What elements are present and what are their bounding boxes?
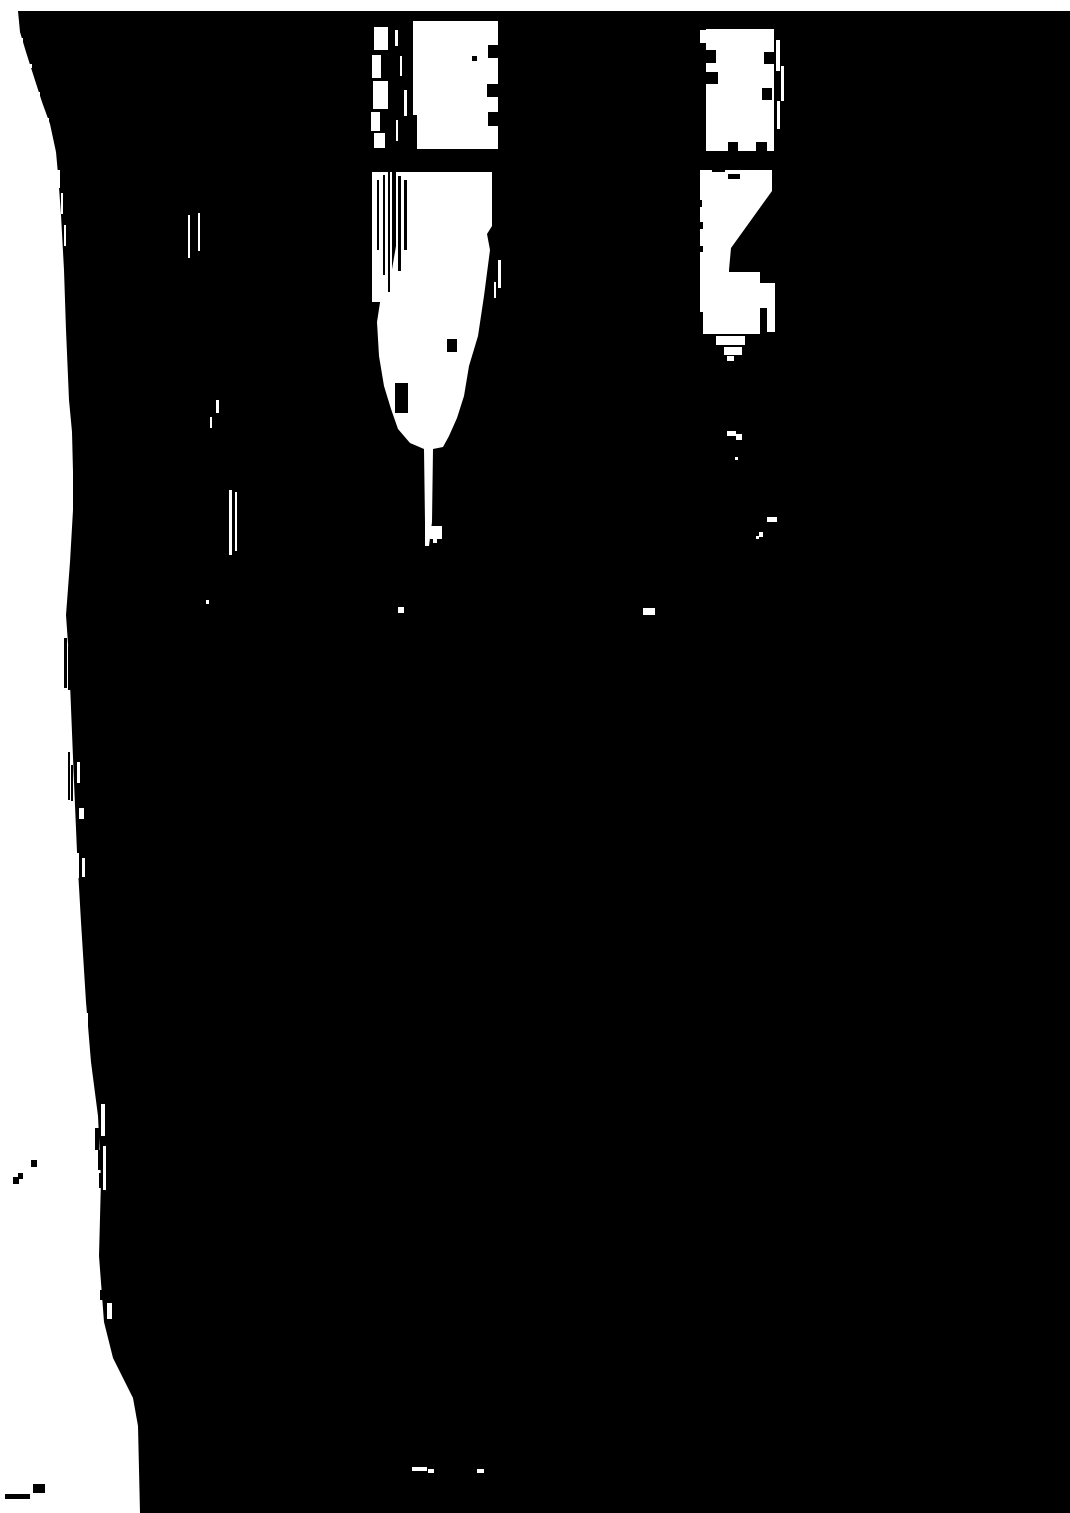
window1-pane-notch-right-3 bbox=[488, 112, 498, 126]
window1-frame-tick-2 bbox=[400, 56, 402, 76]
spark-speck-1 bbox=[767, 517, 777, 522]
top-light-band bbox=[0, 0, 1070, 11]
window2-fray-3 bbox=[727, 356, 734, 361]
margin-shadow-streak-5 bbox=[71, 765, 73, 801]
window2-edge-dot-1 bbox=[698, 200, 702, 207]
window2-right-tick-3 bbox=[777, 101, 780, 129]
margin-dot-4 bbox=[33, 1484, 45, 1493]
margin-bottom-dash bbox=[5, 1494, 30, 1499]
margin-shadow-streak-3 bbox=[72, 640, 74, 672]
window2-top-spur bbox=[700, 30, 706, 43]
wall-edge-tick-2 bbox=[79, 808, 84, 819]
margin-shadow-streak-4 bbox=[68, 752, 70, 800]
floor-dash-3 bbox=[477, 1469, 484, 1473]
glint-speck-1 bbox=[206, 600, 209, 604]
wall-edge-tick-1 bbox=[77, 762, 80, 783]
window2-bar-slit bbox=[728, 174, 740, 179]
wedge-speck-4 bbox=[46, 118, 49, 122]
wedge-speck-1 bbox=[20, 38, 23, 42]
window1-right-tick-1 bbox=[490, 25, 493, 41]
binarized-photo-stage bbox=[0, 0, 1070, 1513]
window1-streak-4 bbox=[398, 176, 401, 271]
window1-frame-block-4 bbox=[371, 112, 380, 131]
window2-pane-notch-right bbox=[764, 52, 774, 64]
window2-bar-topmark bbox=[712, 168, 725, 172]
window1-streak-1 bbox=[377, 180, 379, 250]
window2-fray-2 bbox=[724, 347, 742, 355]
window1-drip-speck bbox=[433, 539, 437, 543]
window1-pane-dot bbox=[472, 56, 477, 61]
window2-pane-notch-bottom-2 bbox=[756, 142, 767, 152]
window1-right-tick-3 bbox=[498, 260, 501, 288]
window1-frame-tick-3 bbox=[404, 90, 407, 116]
window1-frame-block-5 bbox=[374, 133, 385, 148]
wall-edge-tick-7 bbox=[101, 1104, 105, 1136]
window1-frame-block-1 bbox=[374, 27, 388, 50]
window1-streak-5 bbox=[404, 180, 407, 250]
window1-frame-tick-1 bbox=[395, 30, 398, 46]
window1-pane-notch-right-1 bbox=[488, 45, 498, 58]
margin-dot-2 bbox=[18, 1173, 23, 1179]
margin-shadow-streak-9 bbox=[100, 1290, 105, 1300]
window1-upper-pane bbox=[413, 21, 498, 149]
wall-edge-line-5 bbox=[229, 490, 232, 555]
window2-right-strip bbox=[767, 290, 775, 332]
window2-right-tick-1 bbox=[776, 40, 780, 71]
floor-dash-1 bbox=[412, 1467, 427, 1471]
window1-streak-3 bbox=[388, 172, 390, 292]
glint-speck-2 bbox=[398, 607, 404, 613]
window2-edge-dot-2 bbox=[699, 222, 703, 229]
margin-shadow-streak-2 bbox=[68, 646, 71, 690]
window1-right-tick-4 bbox=[494, 282, 496, 298]
wedge-highlight-tick-3 bbox=[64, 225, 66, 246]
wall-edge-line-1 bbox=[188, 215, 190, 258]
window2-edge-dot-3 bbox=[700, 246, 703, 252]
margin-dot-3 bbox=[31, 1160, 37, 1167]
window1-lower-blob bbox=[447, 339, 457, 352]
window1-frame-block-2 bbox=[372, 55, 381, 78]
spark-speck-2 bbox=[759, 532, 763, 537]
margin-shadow-streak-1 bbox=[64, 638, 67, 688]
wall-edge-tick-4 bbox=[82, 858, 85, 877]
window2-below-speck-1 bbox=[727, 431, 736, 436]
wedge-speck-3 bbox=[37, 92, 40, 96]
window1-pane-notch-right-2 bbox=[487, 84, 498, 97]
margin-shadow-streak-6 bbox=[95, 1128, 99, 1150]
wall-edge-tick-9 bbox=[107, 1303, 112, 1319]
window1-frame-block-3 bbox=[373, 81, 388, 109]
wall-edge-line-3 bbox=[216, 400, 219, 413]
margin-shadow-streak-8 bbox=[99, 1173, 103, 1188]
wall-edge-tick-3 bbox=[76, 853, 79, 878]
wall-edge-line-4 bbox=[210, 417, 212, 428]
wall-edge-line-2 bbox=[198, 213, 200, 251]
glint-speck-3 bbox=[643, 608, 655, 615]
window2-pane-square bbox=[762, 88, 772, 100]
dark-background bbox=[0, 0, 1070, 1513]
window1-pane-notch-left bbox=[408, 115, 417, 149]
margin-shadow-streak-7 bbox=[98, 1150, 103, 1170]
window2-pane-notch-left-2 bbox=[706, 72, 718, 84]
window2-fray-1 bbox=[716, 336, 745, 345]
wall-edge-tick-6 bbox=[86, 1013, 88, 1041]
window1-streak-2 bbox=[383, 175, 385, 275]
floor-dash-2 bbox=[428, 1469, 434, 1473]
window1-frame-tick-4 bbox=[396, 120, 398, 141]
spark-speck-3 bbox=[756, 536, 759, 539]
wedge-highlight-tick-2 bbox=[61, 193, 63, 214]
wedge-highlight-tick-1 bbox=[57, 170, 60, 188]
window2-pane-notch-left-1 bbox=[706, 50, 716, 63]
window1-lower-slot bbox=[395, 383, 408, 413]
window2-pane-notch-bottom-1 bbox=[728, 142, 738, 151]
window2-below-speck-2 bbox=[736, 434, 742, 440]
wall-edge-line-6 bbox=[235, 492, 237, 551]
window1-drip-blob bbox=[430, 526, 442, 539]
wall-edge-tick-5 bbox=[78, 955, 83, 978]
window2-below-speck-3 bbox=[735, 457, 738, 460]
binarized-photo-canvas bbox=[0, 0, 1070, 1513]
wedge-speck-2 bbox=[29, 64, 32, 68]
window2-right-tick-2 bbox=[781, 66, 784, 101]
wall-edge-tick-8 bbox=[103, 1146, 106, 1190]
